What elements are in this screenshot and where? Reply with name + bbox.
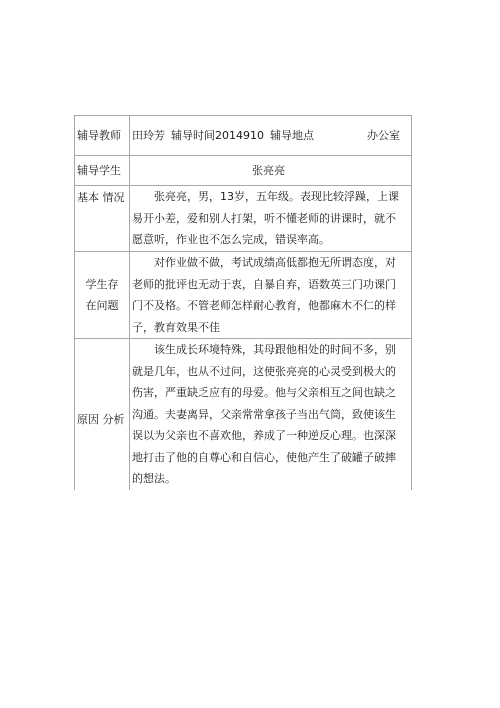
student-label-cell: 辅导学生 (75, 156, 130, 186)
problem-label-cell: 学生存 在问题 (75, 252, 130, 339)
problem-label-line1: 学生存 (75, 274, 129, 295)
teacher-label-cell: 辅导教师 (75, 116, 130, 156)
teacher-label: 辅导教师 (77, 129, 121, 142)
cause-cell: 该生成长环境特殊，其母跟他相处的时间不多，别就是几年，也从不过问，这使张亮亮的心… (130, 339, 412, 490)
basic-info-row: 基本 情况 张亮亮，男，13岁，五年级。表现比较浮躁，上课易开小差，爱和别人打架… (75, 186, 412, 252)
basic-info-label: 基本 情况 (77, 191, 125, 204)
teacher-info-cell: 田玲芳 辅导时间2014910 辅导地点 办公室 (130, 116, 412, 156)
cause-text: 该生成长环境特殊，其母跟他相处的时间不多，别就是几年，也从不过问，这使张亮亮的心… (132, 339, 405, 490)
student-name: 张亮亮 (252, 164, 285, 177)
problem-text: 对作业做不做，考试成绩高低都抱无所谓态度，对老师的批评也无动于衷，自暴自弃，语数… (132, 252, 405, 338)
cause-label: 原因 分析 (77, 413, 125, 426)
student-label: 辅导学生 (77, 164, 121, 177)
basic-info-cell: 张亮亮，男，13岁，五年级。表现比较浮躁，上课易开小差，爱和别人打架，听不懂老师… (130, 186, 412, 252)
student-row: 辅导学生 张亮亮 (75, 156, 412, 186)
counseling-time: 辅导时间2014910 (171, 125, 264, 147)
problem-label-line2: 在问题 (75, 295, 129, 316)
basic-label-cell: 基本 情况 (75, 186, 130, 252)
basic-info-text: 张亮亮，男，13岁，五年级。表现比较浮躁，上课易开小差，爱和别人打架，听不懂老师… (132, 186, 405, 251)
student-name-cell: 张亮亮 (130, 156, 412, 186)
location-label: 辅导地点 (270, 125, 314, 147)
cause-label-cell: 原因 分析 (75, 339, 130, 490)
teacher-row: 辅导教师 田玲芳 辅导时间2014910 辅导地点 办公室 (75, 116, 412, 156)
cause-row: 原因 分析 该生成长环境特殊，其母跟他相处的时间不多，别就是几年，也从不过问，这… (75, 339, 412, 490)
location-value: 办公室 (367, 125, 400, 147)
problem-cell: 对作业做不做，考试成绩高低都抱无所谓态度，对老师的批评也无动于衷，自暴自弃，语数… (130, 252, 412, 339)
problem-row: 学生存 在问题 对作业做不做，考试成绩高低都抱无所谓态度，对老师的批评也无动于衷… (75, 252, 412, 339)
teacher-name: 田玲芳 (132, 125, 165, 147)
counseling-record-table: 辅导教师 田玲芳 辅导时间2014910 辅导地点 办公室 辅导学生 张亮亮 基… (74, 115, 412, 490)
